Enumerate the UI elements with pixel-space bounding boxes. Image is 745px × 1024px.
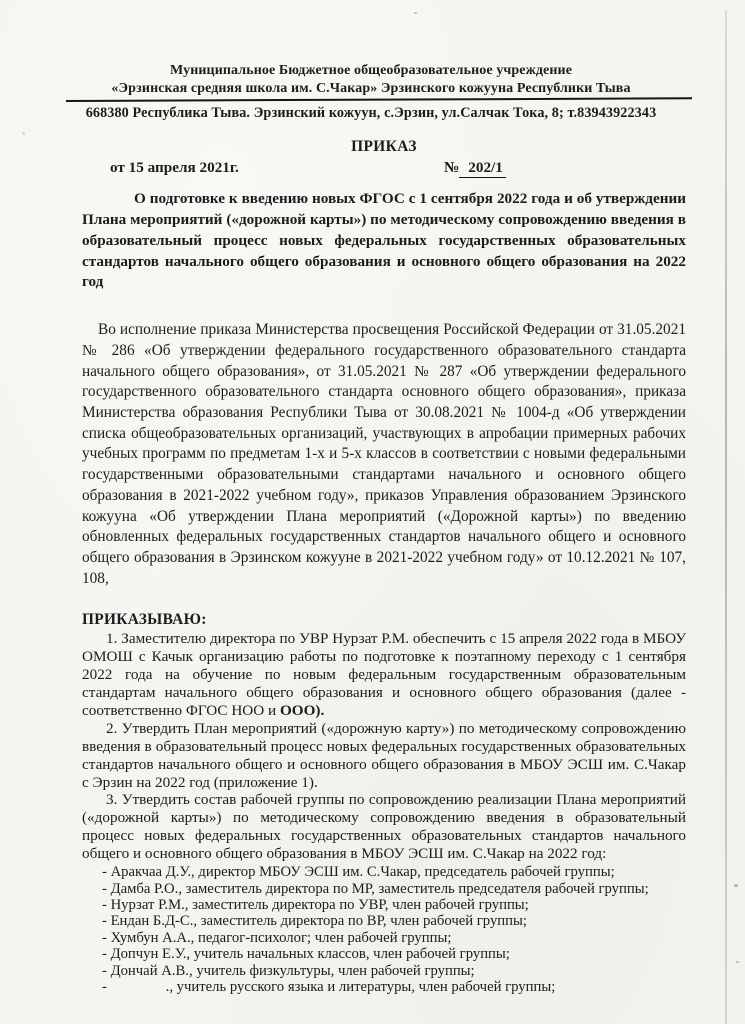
scan-speck (734, 884, 738, 887)
number-sign: № (444, 159, 459, 176)
list-item: - ., учитель русского языка и литературы… (82, 979, 686, 995)
order-number-value: 202/1 (459, 159, 506, 178)
list-item: - Хумбун А.А., педагог-психолог; член ра… (82, 930, 686, 946)
organization-name-line1: Муниципальное Бюджетное общеобразователь… (68, 62, 674, 80)
date-number-row: от 15 апреля 2021г. №202/1 (82, 158, 686, 179)
order-item-1-bold-suffix: ООО). (280, 702, 324, 719)
order-subject-paragraph: О подготовке к введению новых ФГОС с 1 с… (82, 189, 686, 293)
scanned-order-document: Муниципальное Бюджетное общеобразователь… (0, 0, 745, 1024)
order-item-2: 2. Утвердить План мероприятий («дорожную… (82, 720, 686, 792)
resolution-heading: ПРИКАЗЫВАЮ: (82, 610, 688, 630)
working-group-members-list: - Аракчаа Д.У., директор МБОУ ЭСШ им. С.… (82, 864, 686, 995)
order-item-1: 1. Заместителю директора по УВР Нурзат Р… (82, 630, 686, 720)
list-item: - Допчун Е.У., учитель начальных классов… (82, 946, 686, 962)
order-date: от 15 апреля 2021г. (110, 158, 239, 178)
list-item: - Дончай А.В., учитель физкультуры, член… (82, 963, 686, 979)
scanner-edge-line (725, 10, 727, 1024)
scan-speck (22, 132, 25, 135)
header-divider-rule (66, 97, 692, 102)
list-item: - Аракчаа Д.У., директор МБОУ ЭСШ им. С.… (82, 864, 686, 880)
organization-name-line2: «Эрзинская средняя школа им. С.Чакар» Эр… (68, 80, 674, 98)
scan-speck (414, 12, 417, 14)
list-item: - Нурзат Р.М., заместитель директора по … (82, 897, 686, 913)
document-title: ПРИКАЗ (82, 137, 686, 156)
organization-address: 668380 Республика Тыва. Эрзинский кожуун… (68, 105, 674, 122)
order-item-1-text: 1. Заместителю директора по УВР Нурзат Р… (82, 630, 686, 719)
order-item-3: 3. Утвердить состав рабочей группы по со… (82, 791, 686, 863)
preamble-paragraph: Во исполнение приказа Министерства просв… (82, 320, 686, 589)
scan-speck (736, 961, 739, 963)
order-number: №202/1 (444, 158, 506, 178)
organization-header: Муниципальное Бюджетное общеобразователь… (68, 62, 674, 97)
list-item: - Дамба Р.О., заместитель директора по М… (82, 881, 686, 897)
list-item: - Ендан Б.Д-С., заместитель директора по… (82, 913, 686, 929)
